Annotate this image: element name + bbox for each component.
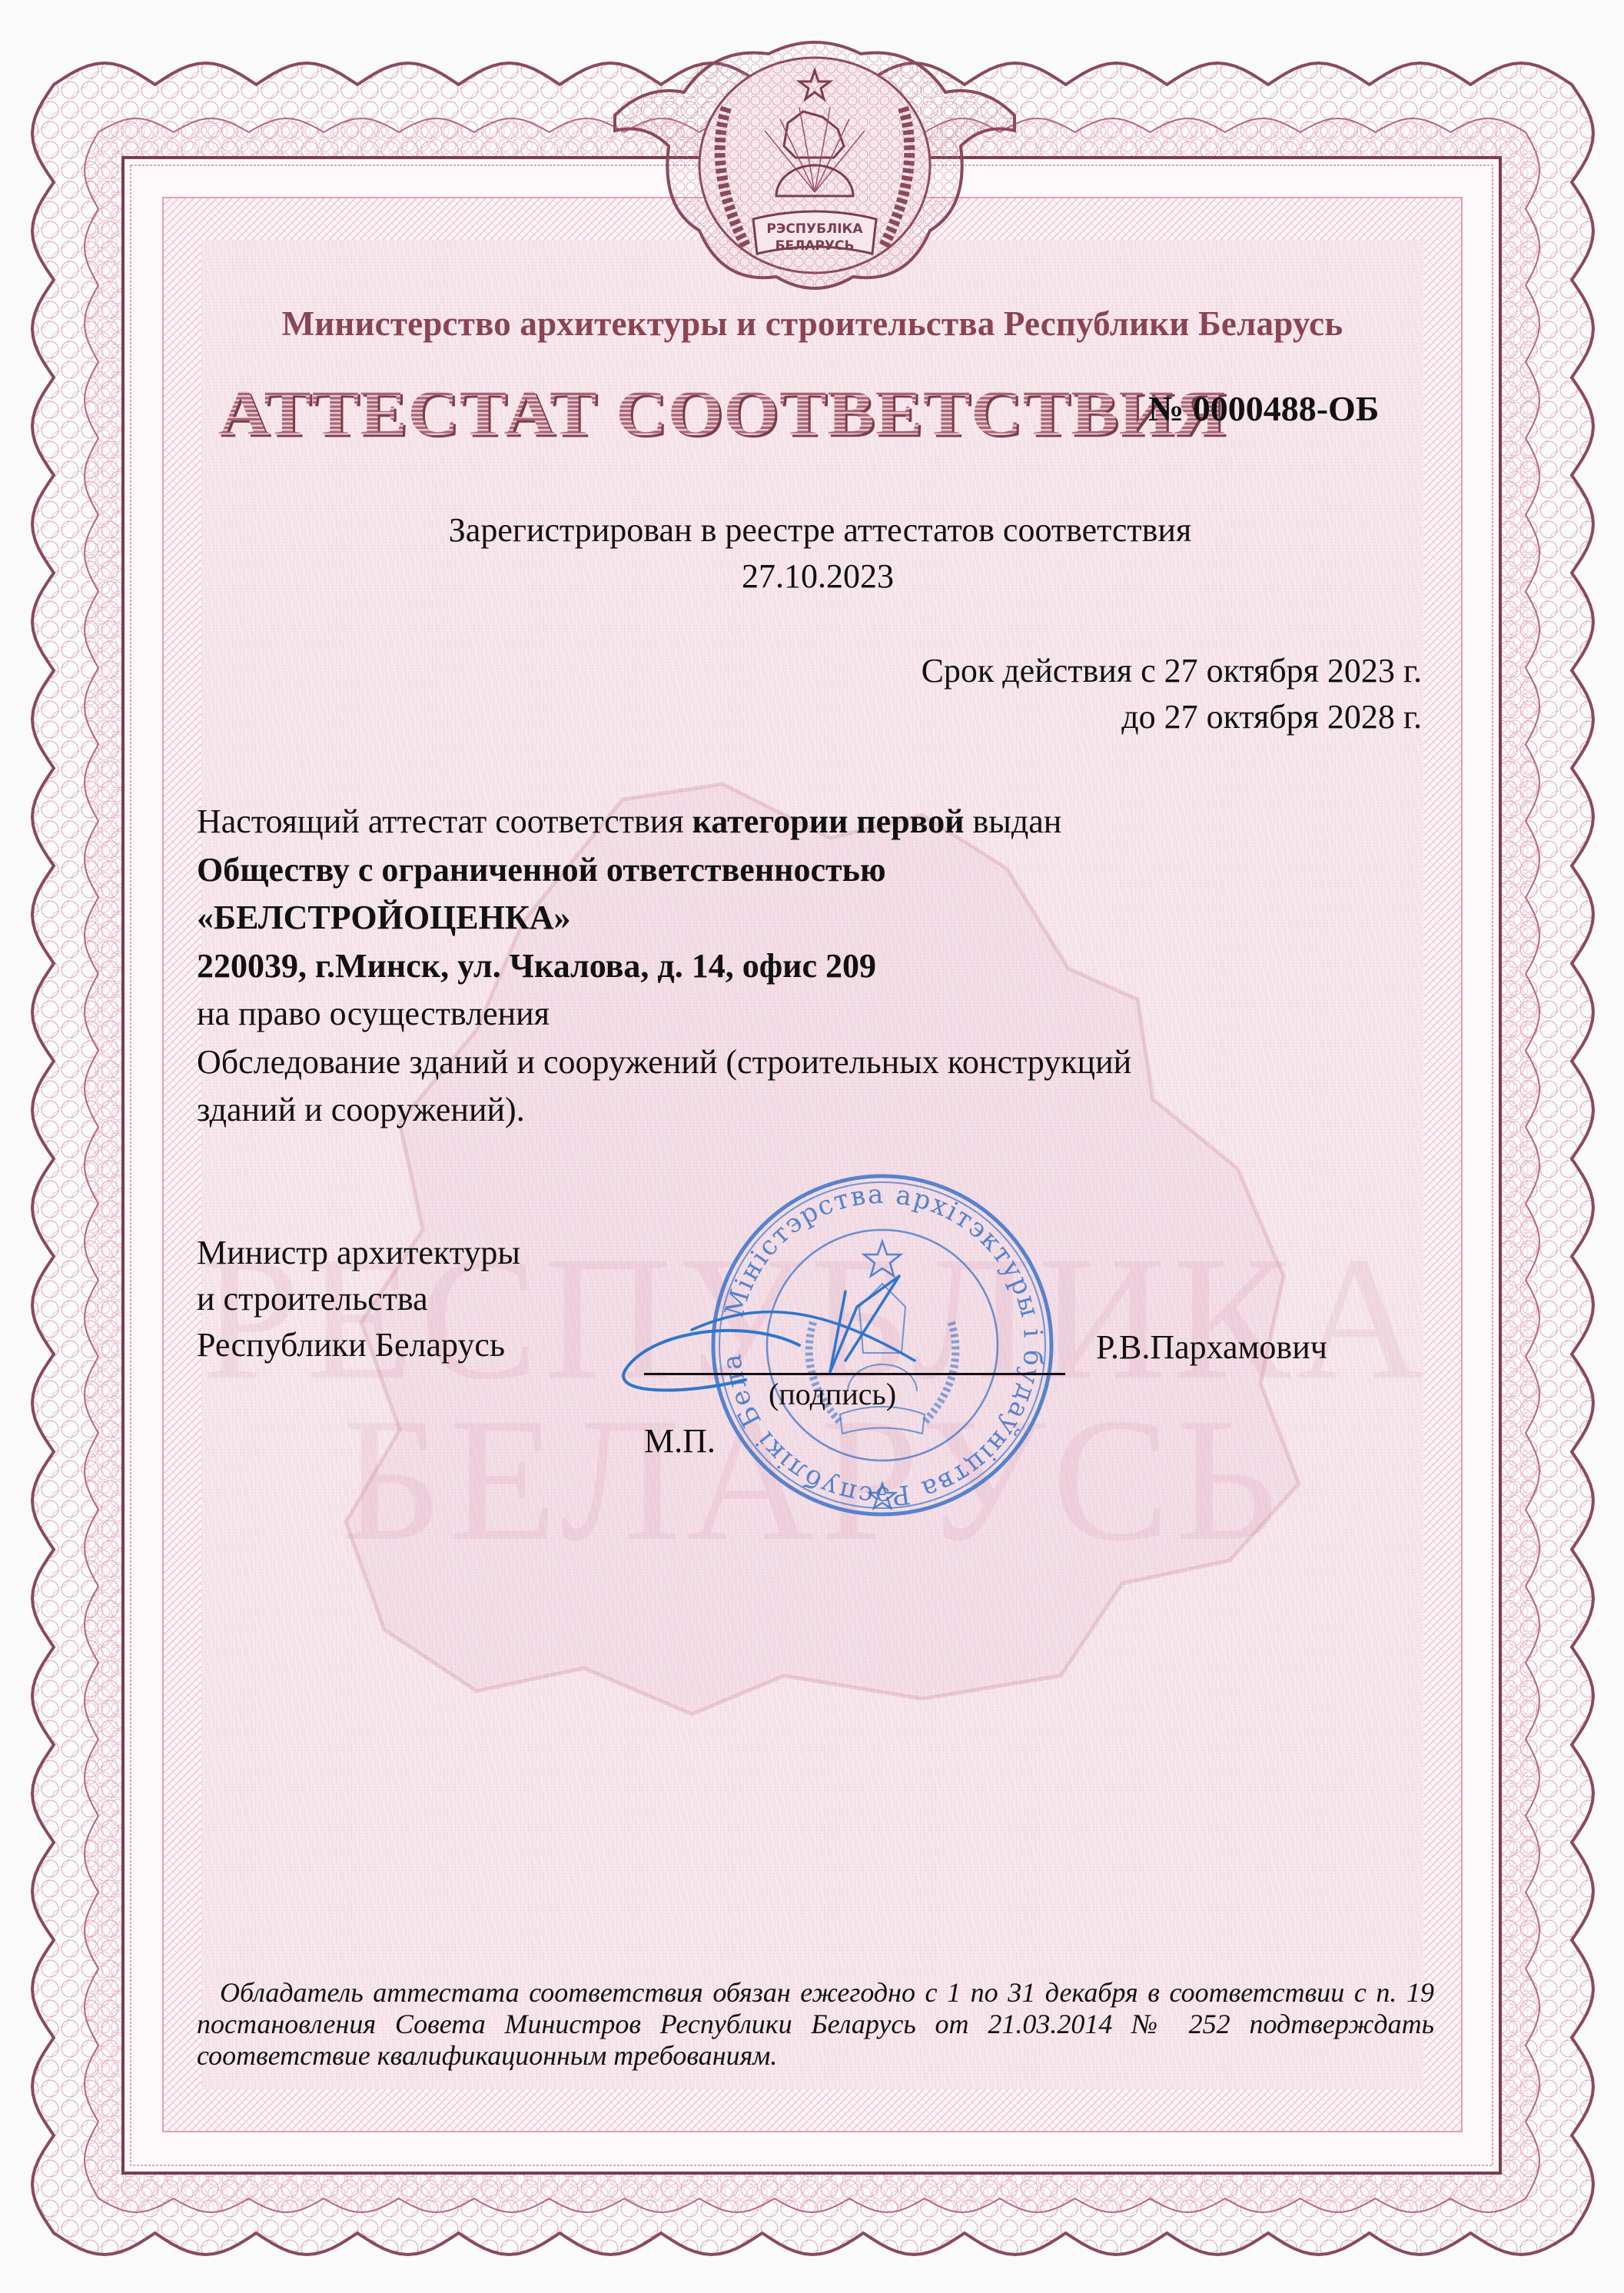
activity-line1: Обследование зданий и сооружений (строит…	[197, 1038, 1426, 1087]
footer-note: Обладатель аттестата соответствия обязан…	[197, 1977, 1434, 2072]
validity-block: Срок действия с 27 октября 2023 г. до 27…	[922, 648, 1422, 740]
issuer-heading: Министерство архитектуры и строительства…	[201, 304, 1423, 344]
svg-text:РЭСПУБЛІКА: РЭСПУБЛІКА	[766, 221, 863, 237]
holder-address: 220039, г.Минск, ул. Чкалова, д. 14, офи…	[197, 947, 876, 985]
registration-text: Зарегистрирован в реестре аттестатов соо…	[201, 507, 1423, 553]
signature-line	[644, 1373, 1065, 1375]
validity-from: Срок действия с 27 октября 2023 г.	[922, 648, 1422, 694]
stamp-place-label: М.П.	[644, 1418, 716, 1464]
document-title: АТТЕСТАТ СООТВЕТСТВИЯ	[218, 375, 1227, 450]
signatory-position: Министр архитектуры и строительства Респ…	[197, 1230, 520, 1368]
issuance-intro: Настоящий аттестат соответствия категори…	[197, 798, 1426, 846]
issuance-block: Настоящий аттестат соответствия категори…	[197, 798, 1426, 1135]
activity-line2: зданий и сооружений).	[197, 1086, 1426, 1135]
belarus-state-emblem-icon: РЭСПУБЛІКА БЕЛАРУСЬ	[599, 31, 1030, 300]
holder-type: Обществу с ограниченной ответственностью	[197, 851, 886, 889]
holder-name: «БЕЛСТРОЙОЦЕНКА»	[197, 899, 571, 936]
registration-date: 27.10.2023	[201, 553, 1423, 600]
certificate-category: категории первой	[692, 803, 965, 840]
signatory-name: Р.В.Пархамович	[1096, 1324, 1327, 1371]
certificate-number: № 0000488-ОБ	[1148, 388, 1379, 429]
right-label: на право осуществления	[197, 990, 1426, 1038]
svg-text:БЕЛАРУСЬ: БЕЛАРУСЬ	[775, 238, 855, 254]
validity-to: до 27 октября 2028 г.	[922, 694, 1422, 740]
signature-caption: (подпись)	[769, 1376, 896, 1412]
registration-block: Зарегистрирован в реестре аттестатов соо…	[201, 507, 1423, 600]
